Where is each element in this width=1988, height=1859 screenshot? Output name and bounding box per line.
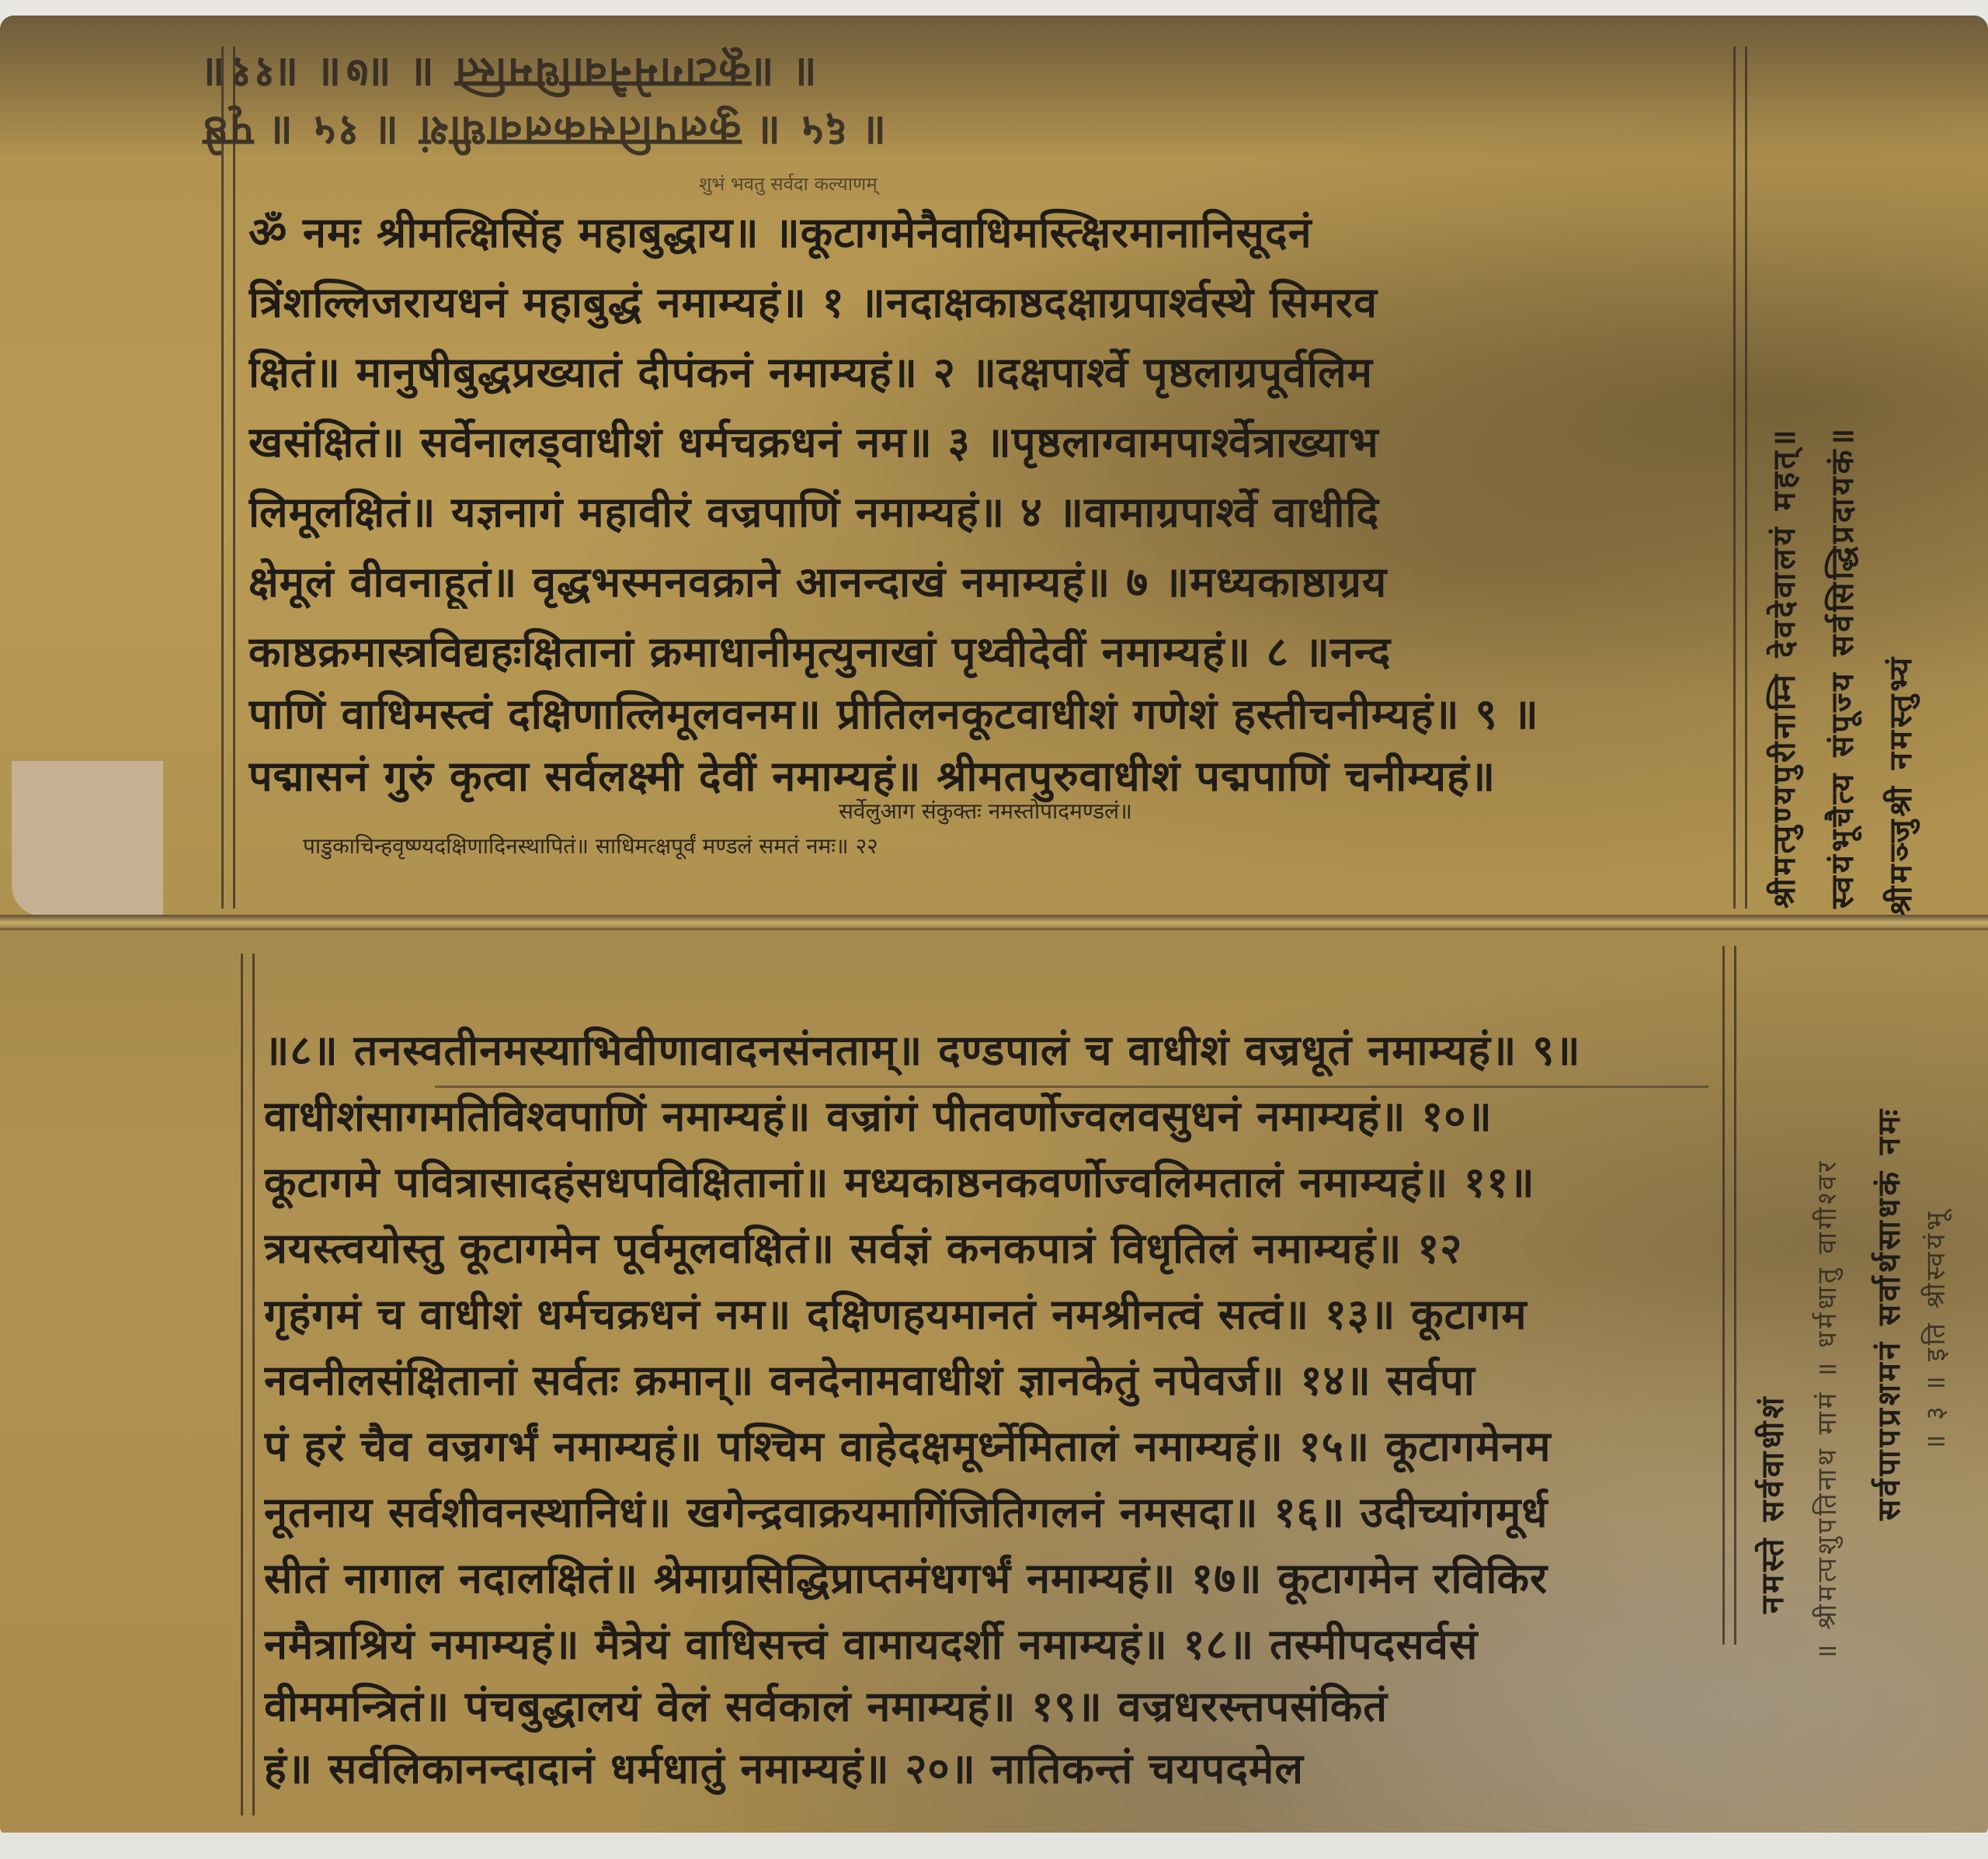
annotation-note: पाडुकाचिन्हवृष्ण्यदक्षिणादिनस्थापितं॥ सा… xyxy=(303,831,878,860)
right-margin-text: सर्वपापप्रशमनं सर्वार्थसाधकं नमः xyxy=(1868,977,1910,1520)
upper-folio: ॥ ॥कूटागमेनैवाधिमस्ति ॥ ॥७॥ ॥११॥ ॥ ६५ ॥ … xyxy=(0,16,1988,923)
annotation-note: सर्वेलुआग संकुक्तः नमस्तोपादमण्डलं॥ xyxy=(839,796,1132,825)
text-line: क्षेमूलं वीवनाहूतं॥ वृद्धभस्मनवक्राने आन… xyxy=(248,551,1708,609)
right-margin-text: श्रीमञ्जुश्री नमस्तुभ्यं xyxy=(1879,62,1922,916)
text-line: काष्ठक्रमास्त्रविद्यहःक्षितानां क्रमाधान… xyxy=(248,621,1708,679)
bleed-through-line: ॥ ६५ ॥ कुलपतिसकलवाधीशं ॥ १५ ॥ पृष्ठे xyxy=(202,105,890,162)
right-margin-text: नमस्ते सर्ववाधीशं xyxy=(1751,954,1794,1614)
text-line: गृहंगमं च वाधीशं धर्मचक्रधनं नम॥ दक्षिणह… xyxy=(264,1284,1724,1341)
text-line: पद्मासनं गुरुं कृत्वा सर्वलक्ष्मी देवीं … xyxy=(248,745,1708,803)
right-margin-text: ॥ ३ ॥ इति श्रीस्वयंभू xyxy=(1918,985,1954,1451)
scanner-edge xyxy=(0,1833,1988,1859)
text-line: त्रिंशल्लिजरायधनं महाबुद्धं नमाम्यहं॥ १ … xyxy=(248,272,1708,329)
text-line: नमैत्राश्रियं नमाम्यहं॥ मैत्रेयं वाधिसत्… xyxy=(264,1614,1724,1671)
right-margin-text: स्वयंभूचैत्य संपूज्य सर्वसिद्धिप्रदायकं॥ xyxy=(1821,101,1864,909)
text-line: वीममन्त्रितं॥ पंचबुद्धालयं वेलं सर्वकालं… xyxy=(264,1676,1429,1733)
right-margin-text: ॥ श्रीमत्पशुपतिनाथ मामं ॥ धर्मधातु वागीश… xyxy=(1809,961,1845,1660)
text-line: हं॥ सर्वलिकानन्दादानं धर्मधातुं नमाम्यहं… xyxy=(264,1738,1413,1795)
left-margin-rule xyxy=(221,47,224,909)
right-margin-rule xyxy=(1733,47,1736,909)
text-line: नवनीलसंक्षितानां सर्वतः क्रमान्॥ वनदेनाम… xyxy=(264,1350,1724,1407)
right-margin-text: श्रीमत्पुण्यपुरीनाम्नि देवदेवालयं महत्॥ xyxy=(1763,85,1806,909)
text-line: खसंक्षितं॥ सर्वेनालड्वाधीशं धर्मचक्रधनं … xyxy=(248,412,1708,469)
text-line: कूटागमे पवित्रासादहंसधपविक्षितानां॥ मध्य… xyxy=(264,1152,1724,1209)
left-margin-rule xyxy=(241,954,243,1816)
text-line: पाणिं वाधिमस्त्वं दक्षिणात्लिमूलवनम॥ प्र… xyxy=(248,683,1708,741)
text-line: नूतनाय सर्वशीवनस्थानिधं॥ खगेन्द्रवाक्रयम… xyxy=(264,1482,1724,1539)
text-line: सीतं नागाल नदालक्षितं॥ श्रेमाग्रसिद्धिप्… xyxy=(264,1548,1724,1605)
bleed-through-small: शुभं भवतु सर्वदा कल्याणम् xyxy=(699,171,878,196)
right-margin-rule xyxy=(1734,946,1736,1645)
text-line: त्रयस्त्वयोस्तु कूटागमेन पूर्वमूलवक्षितं… xyxy=(264,1218,1724,1275)
left-margin-rule xyxy=(252,954,255,1816)
repair-patch xyxy=(12,761,163,916)
text-line: ॐ नमः श्रीमत्क्षिसिंह महाबुद्धाय॥ ॥कूटाग… xyxy=(248,202,1708,259)
right-margin-rule xyxy=(1745,47,1747,909)
text-line: वाधीशंसागमतिविश्वपाणिं नमाम्यहं॥ वज्रांग… xyxy=(264,1086,1724,1143)
lower-folio: ॥८॥ तनस्वतीनमस्याभिवीणावादनसंनताम्॥ दण्ड… xyxy=(0,928,1988,1835)
left-margin-rule xyxy=(233,47,235,909)
text-line: ॥८॥ तनस्वतीनमस्याभिवीणावादनसंनताम्॥ दण्ड… xyxy=(264,1020,1724,1077)
text-line: पं हरं चैव वज्रगर्भं नमाम्यहं॥ पश्चिम वा… xyxy=(264,1416,1724,1473)
text-line: क्षितं॥ मानुषीबुद्धप्रख्यातं दीपंकनं नमा… xyxy=(248,342,1708,399)
bleed-through-line: ॥ ॥कूटागमेनैवाधिमस्ति ॥ ॥७॥ ॥११॥ xyxy=(202,47,820,104)
text-line: लिमूलक्षितं॥ यज्ञनागं महावीरं वज्रपाणिं … xyxy=(248,481,1708,539)
